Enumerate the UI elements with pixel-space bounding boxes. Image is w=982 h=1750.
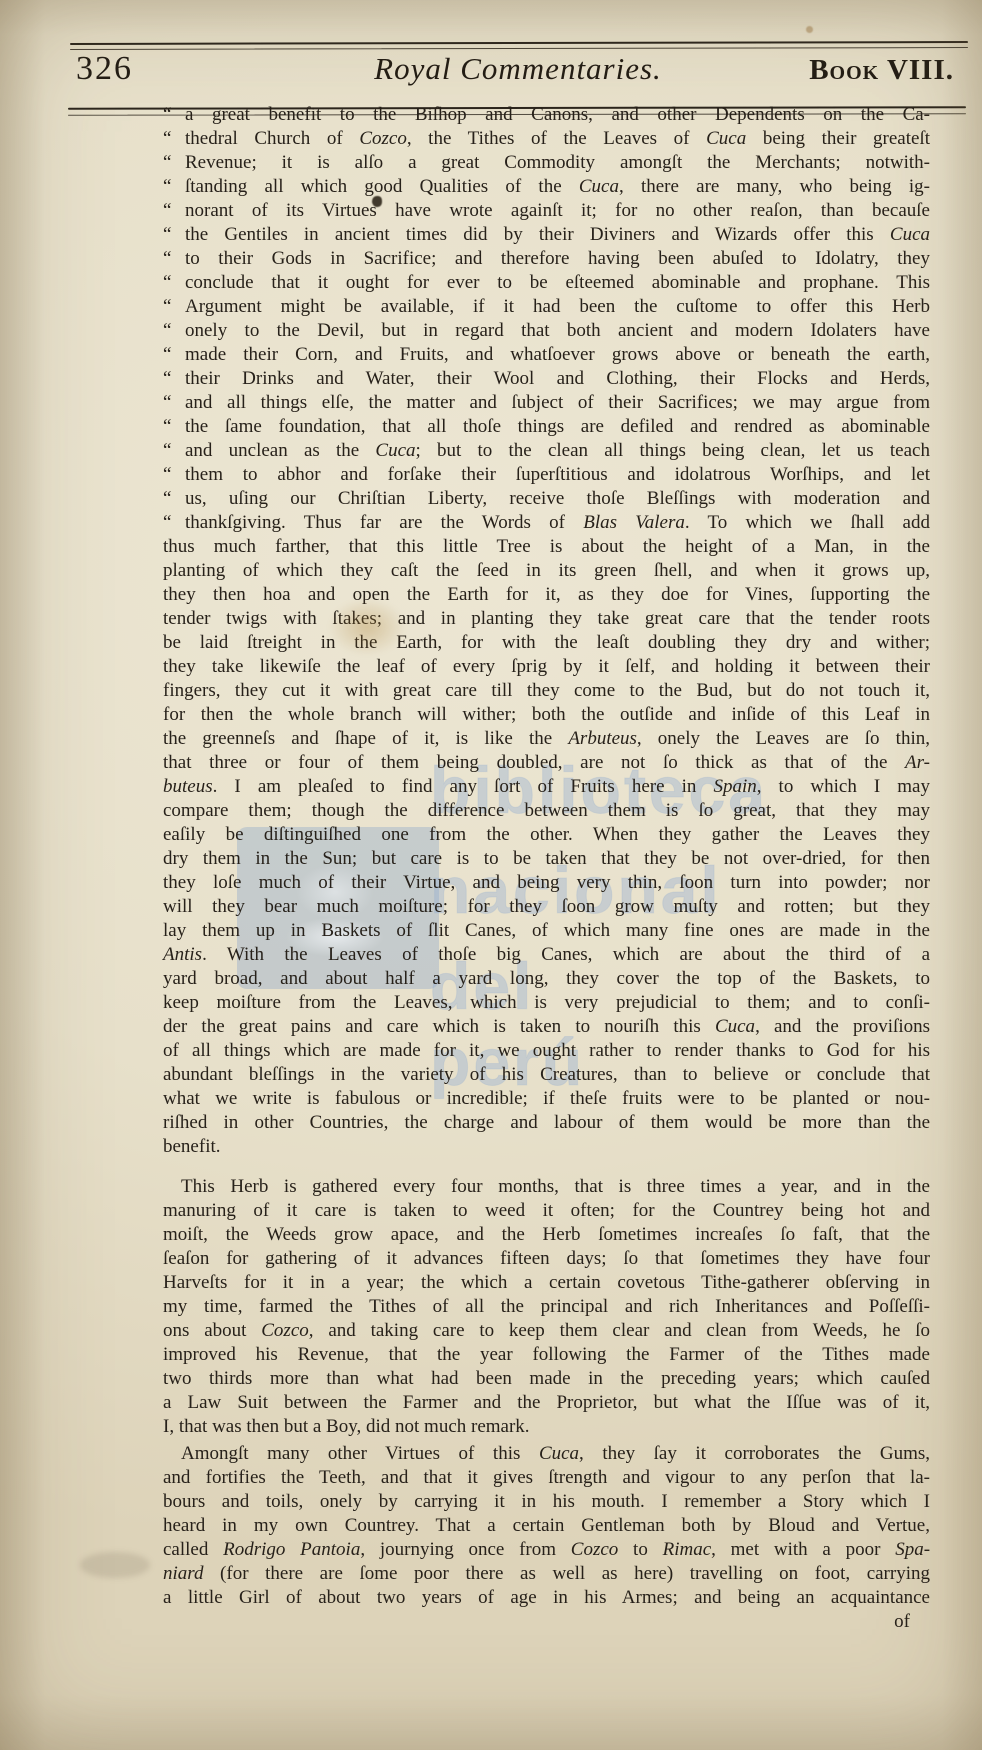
text: planting of which they caſt the ſeed in … — [163, 560, 930, 581]
text: bours and toils, onely by carrying it in… — [163, 1491, 930, 1512]
text-line: planting of which they caſt the ſeed in … — [163, 559, 930, 583]
text: them to abhor and forſake their ſuperſti… — [185, 464, 930, 485]
italic-text: Cuca — [579, 176, 619, 197]
italic-text: Antis — [163, 944, 202, 965]
text: benefit. — [163, 1136, 221, 1157]
text: a Law Suit between the Farmer and the Pr… — [163, 1392, 930, 1413]
quote-mark: “ — [163, 271, 185, 295]
text-block: “a great benefit to the Biſhop and Canon… — [163, 103, 930, 1634]
text: they then hoa and open the Earth for it,… — [163, 584, 930, 605]
text-line: Amongſt many other Virtues of this Cuca,… — [163, 1442, 930, 1466]
text: , to which I may — [757, 776, 930, 797]
text-line: “them to abhor and forſake their ſuperſt… — [163, 463, 930, 487]
paper-stain — [328, 598, 406, 656]
text: and all things elſe, the matter and ſubj… — [185, 392, 930, 413]
text: ; but to the clean all things being clea… — [416, 440, 930, 461]
text: of all things which are made for it, we … — [163, 1040, 930, 1061]
italic-text: Cuca — [375, 440, 415, 461]
text-line: buteus. I am pleaſed to find any ſort of… — [163, 775, 930, 799]
italic-text: Spa- — [895, 1539, 930, 1560]
text: abundant bleſſings in the variety of his… — [163, 1064, 930, 1085]
text: . To which we ſhall add — [685, 512, 930, 533]
text-line: der the great pains and care which is ta… — [163, 1015, 930, 1039]
text: Argument might be available, if it had b… — [185, 296, 930, 317]
text-line: “their Drinks and Water, their Wool and … — [163, 367, 930, 391]
text-line: ſeaſon for gathering of it advances fift… — [163, 1247, 930, 1271]
text-line: “thankſgiving. Thus far are the Words of… — [163, 511, 930, 535]
text-line: they then hoa and open the Earth for it,… — [163, 583, 930, 607]
text-line: that three or four of them being doubled… — [163, 751, 930, 775]
italic-text: Ar- — [905, 752, 930, 773]
italic-text: Rimac — [663, 1539, 712, 1560]
text: a great benefit to the Biſhop and Canons… — [185, 104, 930, 125]
book-page: biblioteca nacional del perú 326 Royal C… — [0, 0, 982, 1750]
text-line: the greenneſs and ſhape of it, is like t… — [163, 727, 930, 751]
text-line: “thedral Church of Cozco, the Tithes of … — [163, 127, 930, 151]
quote-mark: “ — [163, 439, 185, 463]
catchword: of — [163, 1610, 930, 1634]
text: tender twigs with ſtakes; and in plantin… — [163, 608, 930, 629]
text-line: “the ſame foundation, that all thoſe thi… — [163, 415, 930, 439]
quote-mark: “ — [163, 103, 185, 127]
text-line: I, that was then but a Boy, did not much… — [163, 1415, 930, 1439]
text-line: “the Gentiles in ancient times did by th… — [163, 223, 930, 247]
italic-text: Cozco — [261, 1320, 309, 1341]
text: conclude that it ought for ever to be eſ… — [185, 272, 930, 293]
text-line: “Argument might be available, if it had … — [163, 295, 930, 319]
text-line: they loſe much of their Virtue, and bein… — [163, 871, 930, 895]
text-line: a Law Suit between the Farmer and the Pr… — [163, 1391, 930, 1415]
text: dry them in the Sun; but care is to be t… — [163, 848, 930, 869]
quote-mark: “ — [163, 391, 185, 415]
italic-text: Cuca — [715, 1016, 755, 1037]
text-line: abundant bleſſings in the variety of his… — [163, 1063, 930, 1087]
text: be laid ſtreight in the Earth, for with … — [163, 632, 930, 653]
text: compare them; though the difference betw… — [163, 800, 930, 821]
text-line: thus much farther, that this little Tree… — [163, 535, 930, 559]
text: and unclean as the — [185, 440, 375, 461]
italic-text: buteus — [163, 776, 213, 797]
text-line: keep moiſture from the Leaves, which is … — [163, 991, 930, 1015]
text: the greenneſs and ſhape of it, is like t… — [163, 728, 568, 749]
text-line: “a great benefit to the Biſhop and Canon… — [163, 103, 930, 127]
text-line: what we write is fabulous or incredible;… — [163, 1087, 930, 1111]
text-line: and fortifies the Teeth, and that it giv… — [163, 1466, 930, 1490]
page-header: 326 Royal Commentaries. Book VIII. — [70, 50, 968, 102]
text: being their greateſt — [746, 128, 930, 149]
quote-mark: “ — [163, 295, 185, 319]
text: eaſily be diſtinguiſhed one from the oth… — [163, 824, 930, 845]
text: thedral Church of — [185, 128, 359, 149]
text-line: “and all things elſe, the matter and ſub… — [163, 391, 930, 415]
text: lay them up in Baskets of ſlit Canes, of… — [163, 920, 930, 941]
text-line: dry them in the Sun; but care is to be t… — [163, 847, 930, 871]
text: fingers, they cut it with great care til… — [163, 680, 930, 701]
text: what we write is fabulous or incredible;… — [163, 1088, 930, 1109]
text: and fortifies the Teeth, and that it giv… — [163, 1467, 930, 1488]
text: made their Corn, and Fruits, and whatſoe… — [185, 344, 930, 365]
running-title: Royal Commentaries. — [284, 51, 752, 87]
text: This Herb is gathered every four months,… — [181, 1176, 930, 1197]
text: two thirds more than what had been made … — [163, 1368, 930, 1389]
quote-mark: “ — [163, 247, 185, 271]
text: they take likewiſe the leaf of every ſpr… — [163, 656, 930, 677]
text-line: Harveſts for it in a year; the which a c… — [163, 1271, 930, 1295]
quote-mark: “ — [163, 127, 185, 151]
text: Amongſt many other Virtues of this — [181, 1443, 539, 1464]
text-line: for then the whole branch will wither; b… — [163, 703, 930, 727]
text-line: “us, uſing our Chriſtian Liberty, receiv… — [163, 487, 930, 511]
text: to their Gods in Sacrifice; and therefor… — [185, 248, 930, 269]
text-line: will they bear much moiſture; for they ſ… — [163, 895, 930, 919]
text-line: called Rodrigo Pantoia, journying once f… — [163, 1538, 930, 1562]
text: , met with a poor — [711, 1539, 895, 1560]
text-line: “to their Gods in Sacrifice; and therefo… — [163, 247, 930, 271]
text: norant of its Virtues have wrote againſt… — [185, 200, 930, 221]
quote-mark: “ — [163, 151, 185, 175]
quote-mark: “ — [163, 487, 185, 511]
text: they loſe much of their Virtue, and bein… — [163, 872, 930, 893]
text-line: niard (for there are ſome poor there as … — [163, 1562, 930, 1586]
text-line: This Herb is gathered every four months,… — [163, 1175, 930, 1199]
text: , they ſay it corroborates the Gums, — [579, 1443, 930, 1464]
italic-text: Spain — [713, 776, 756, 797]
quote-mark: “ — [163, 367, 185, 391]
quote-mark: “ — [163, 463, 185, 487]
text-line: they take likewiſe the leaf of every ſpr… — [163, 655, 930, 679]
show-through-smudge — [80, 1552, 150, 1578]
ink-blot — [372, 196, 382, 207]
quote-mark: “ — [163, 319, 185, 343]
text-line: compare them; though the difference betw… — [163, 799, 930, 823]
italic-text: Cozco — [571, 1539, 619, 1560]
text: to — [618, 1539, 662, 1560]
text: Harveſts for it in a year; the which a c… — [163, 1272, 930, 1293]
text-line: riſhed in other Countries, the charge an… — [163, 1111, 930, 1135]
text: ſeaſon for gathering of it advances fift… — [163, 1248, 930, 1269]
text: thus much farther, that this little Tree… — [163, 536, 930, 557]
italic-text: niard — [163, 1563, 203, 1584]
text: moiſt, the Weeds grow apace, and the Her… — [163, 1224, 930, 1245]
text: . With the Leaves of thoſe big Canes, wh… — [202, 944, 930, 965]
text: for then the whole branch will wither; b… — [163, 704, 930, 725]
text: , onely the Leaves are ſo thin, — [637, 728, 930, 749]
text-line: “and unclean as the Cuca; but to the cle… — [163, 439, 930, 463]
paper-speck — [806, 26, 813, 33]
italic-text: Cuca — [706, 128, 746, 149]
text: der the great pains and care which is ta… — [163, 1016, 715, 1037]
text: a little Girl of about two years of age … — [163, 1587, 930, 1608]
paragraph: Amongſt many other Virtues of this Cuca,… — [163, 1442, 930, 1610]
italic-text: Blas Valera — [583, 512, 685, 533]
top-rule — [70, 41, 968, 45]
italic-text: Cozco — [359, 128, 407, 149]
text-line: a little Girl of about two years of age … — [163, 1586, 930, 1610]
text: called — [163, 1539, 223, 1560]
text: , and the proviſions — [755, 1016, 930, 1037]
italic-text: Arbuteus — [568, 728, 637, 749]
paragraph: This Herb is gathered every four months,… — [163, 1175, 930, 1439]
text-line: improved his Revenue, that the year foll… — [163, 1343, 930, 1367]
text-line: bours and toils, onely by carrying it in… — [163, 1490, 930, 1514]
quote-mark: “ — [163, 223, 185, 247]
text: keep moiſture from the Leaves, which is … — [163, 992, 930, 1013]
text: ſtanding all which good Qualities of the — [185, 176, 579, 197]
text: I, that was then but a Boy, did not much… — [163, 1416, 530, 1437]
text: improved his Revenue, that the year foll… — [163, 1344, 930, 1365]
italic-text: Cuca — [539, 1443, 579, 1464]
text: will they bear much moiſture; for they ſ… — [163, 896, 930, 917]
text-line: eaſily be diſtinguiſhed one from the oth… — [163, 823, 930, 847]
text: , there are many, who being ig- — [619, 176, 930, 197]
text-line: Antis. With the Leaves of thoſe big Cane… — [163, 943, 930, 967]
text-line: lay them up in Baskets of ſlit Canes, of… — [163, 919, 930, 943]
text: , and taking care to keep them clear and… — [309, 1320, 930, 1341]
text-line: “ſtanding all which good Qualities of th… — [163, 175, 930, 199]
book-label: Book VIII. — [724, 54, 968, 87]
text: , journying once from — [360, 1539, 570, 1560]
text-line: fingers, they cut it with great care til… — [163, 679, 930, 703]
text: ons about — [163, 1320, 261, 1341]
paragraph: “a great benefit to the Biſhop and Canon… — [163, 103, 930, 1159]
text-line: moiſt, the Weeds grow apace, and the Her… — [163, 1223, 930, 1247]
text: the Gentiles in ancient times did by the… — [185, 224, 890, 245]
text: my time, farmed the Tithes of all the pr… — [163, 1296, 930, 1317]
text: riſhed in other Countries, the charge an… — [163, 1112, 930, 1133]
text-line: “made their Corn, and Fruits, and whatſo… — [163, 343, 930, 367]
text: onely to the Devil, but in regard that b… — [185, 320, 930, 341]
italic-text: Cuca — [890, 224, 930, 245]
text: the ſame foundation, that all thoſe thin… — [185, 416, 930, 437]
text-line: my time, farmed the Tithes of all the pr… — [163, 1295, 930, 1319]
text-line: be laid ſtreight in the Earth, for with … — [163, 631, 930, 655]
quote-mark: “ — [163, 199, 185, 223]
text-line: benefit. — [163, 1135, 930, 1159]
text-line: of all things which are made for it, we … — [163, 1039, 930, 1063]
text: . I am pleaſed to find any ſort of Fruit… — [213, 776, 714, 797]
quote-mark: “ — [163, 415, 185, 439]
text: (for there are ſome poor there as well a… — [203, 1563, 930, 1584]
text-line: “conclude that it ought for ever to be e… — [163, 271, 930, 295]
text: heard in my own Countrey. That a certain… — [163, 1515, 930, 1536]
text: us, uſing our Chriſtian Liberty, receive… — [185, 488, 930, 509]
text: Revenue; it is alſo a great Commodity am… — [185, 152, 930, 173]
text: yard broad, and about half a yard long, … — [163, 968, 930, 989]
text-line: “norant of its Virtues have wrote againſ… — [163, 199, 930, 223]
text: manuring of it care is taken to weed it … — [163, 1200, 930, 1221]
text: , the Tithes of the Leaves of — [407, 128, 706, 149]
page-number: 326 — [70, 50, 256, 88]
text-line: ons about Cozco, and taking care to keep… — [163, 1319, 930, 1343]
text-line: two thirds more than what had been made … — [163, 1367, 930, 1391]
quote-mark: “ — [163, 511, 185, 535]
text-line: yard broad, and about half a yard long, … — [163, 967, 930, 991]
italic-text: Rodrigo Pantoia — [223, 1539, 360, 1560]
quote-mark: “ — [163, 175, 185, 199]
text: thankſgiving. Thus far are the Words of — [185, 512, 583, 533]
text: their Drinks and Water, their Wool and C… — [185, 368, 930, 389]
text-line: heard in my own Countrey. That a certain… — [163, 1514, 930, 1538]
text-line: “Revenue; it is alſo a great Commodity a… — [163, 151, 930, 175]
text-line: “onely to the Devil, but in regard that … — [163, 319, 930, 343]
text-line: tender twigs with ſtakes; and in plantin… — [163, 607, 930, 631]
text: that three or four of them being doubled… — [163, 752, 905, 773]
text-line: manuring of it care is taken to weed it … — [163, 1199, 930, 1223]
quote-mark: “ — [163, 343, 185, 367]
